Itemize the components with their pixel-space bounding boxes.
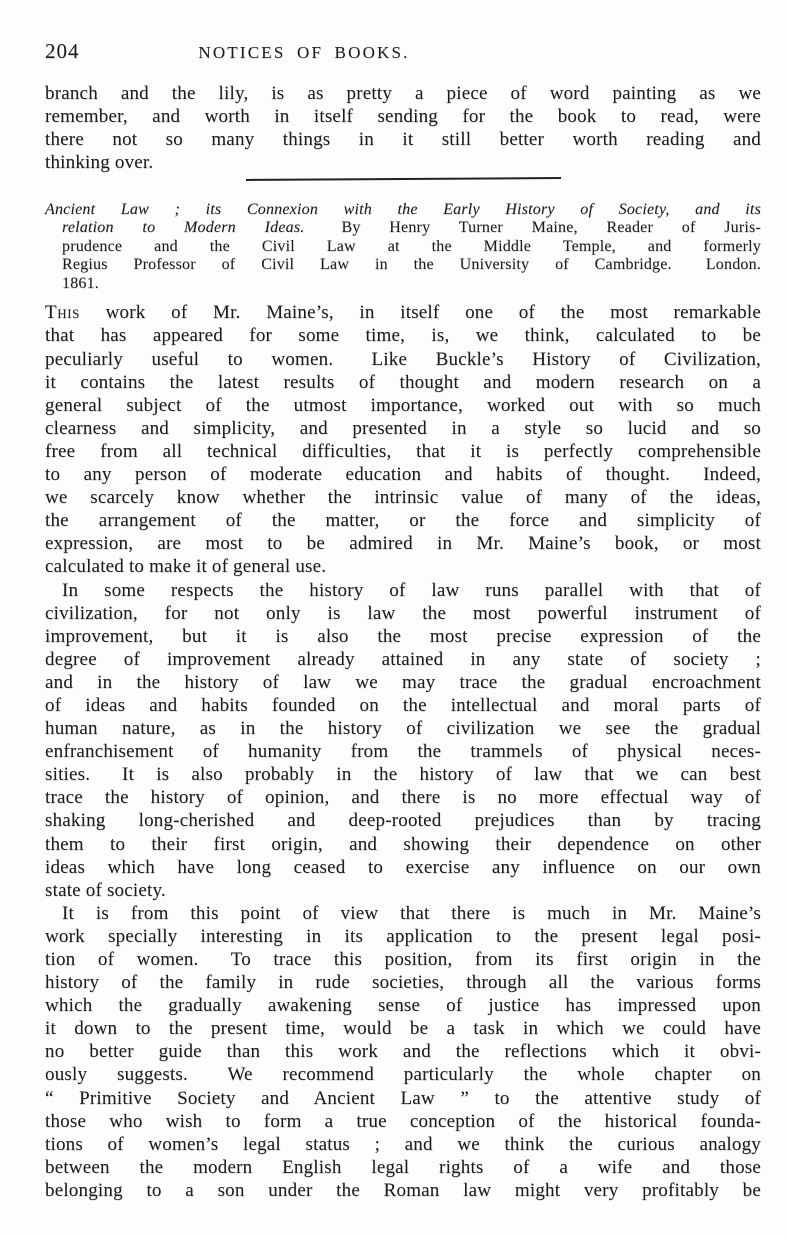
text-segment: belonging to a son under the Roman law m… — [45, 1180, 761, 1201]
page-header: 204 NOTICES OF BOOKS. — [45, 40, 761, 62]
text-line: that has appeared for some time, is, we … — [45, 324, 761, 347]
text-line: there not so many things in it still bet… — [45, 128, 761, 151]
text-segment: between the modern English legal rights … — [45, 1157, 761, 1178]
text-segment: branch and the lily, is as pretty a piec… — [45, 83, 761, 104]
text-segment: trace the history of opinion, and there … — [45, 787, 761, 808]
text-line: which the gradually awakening sense of j… — [45, 994, 761, 1017]
text-line: belonging to a son under the Roman law m… — [45, 1179, 761, 1202]
text-line: “ Primitive Society and Ancient Law ” to… — [45, 1087, 761, 1110]
text-line: It is from this point of view that there… — [45, 902, 761, 925]
text-segment: it contains the latest results of though… — [45, 372, 761, 393]
horizontal-rule — [245, 177, 560, 181]
text-line: them to their first origin, and showing … — [45, 833, 761, 856]
text-line: peculiarly useful to women. Like Buckle’… — [45, 348, 761, 371]
smallcaps-text-segment: This — [45, 302, 80, 323]
text-segment: calculated to make it of general use. — [45, 556, 326, 577]
text-line: This work of Mr. Maine’s, in itself one … — [45, 301, 761, 324]
text-segment: thinking over. — [45, 152, 153, 173]
text-segment: civilization, for not only is law the mo… — [45, 603, 761, 624]
text-segment: It is from this point of view that there… — [62, 903, 761, 924]
text-segment: to any person of moderate education and … — [45, 464, 761, 485]
text-line: free from all technical difficulties, th… — [45, 440, 761, 463]
text-line: work specially interesting in its applic… — [45, 925, 761, 948]
text-segment: work of Mr. Maine’s, in itself one of th… — [80, 302, 761, 323]
text-segment: “ Primitive Society and Ancient Law ” to… — [45, 1088, 761, 1109]
text-segment: enfranchisement of humanity from the tra… — [45, 741, 761, 762]
text-segment: ideas which have long ceased to exercise… — [45, 857, 761, 878]
text-line: it contains the latest results of though… — [45, 371, 761, 394]
text-line: In some respects the history of law runs… — [45, 579, 761, 602]
review-paragraph-2: In some respects the history of law runs… — [45, 579, 761, 902]
text-line: degree of improvement already attained i… — [45, 648, 761, 671]
text-segment: By Henry Turner Maine, Reader of Juris- — [305, 219, 762, 236]
text-segment: state of society. — [45, 880, 166, 901]
text-line: general subject of the utmost importance… — [45, 394, 761, 417]
text-line: tion of women. To trace this position, f… — [45, 948, 761, 971]
text-line: relation to Modern Ideas. By Henry Turne… — [45, 219, 761, 238]
text-line: history of the family in rude societies,… — [45, 971, 761, 994]
text-segment: work specially interesting in its applic… — [45, 926, 761, 947]
text-segment: those who wish to form a true conception… — [45, 1111, 761, 1132]
text-segment: 1861. — [62, 275, 99, 292]
text-segment: clearness and simplicity, and presented … — [45, 418, 761, 439]
text-line: sities. It is also probably in the histo… — [45, 763, 761, 786]
text-line: of ideas and habits founded on the intel… — [45, 694, 761, 717]
text-line: clearness and simplicity, and presented … — [45, 417, 761, 440]
text-line: trace the history of opinion, and there … — [45, 786, 761, 809]
book-page: 204 NOTICES OF BOOKS. branch and the lil… — [0, 0, 788, 1237]
text-segment: shaking long-cherished and deep-rooted p… — [45, 810, 761, 831]
text-segment: In some respects the history of law runs… — [62, 580, 761, 601]
text-segment: general subject of the utmost importance… — [45, 395, 761, 416]
review-paragraph-1: This work of Mr. Maine’s, in itself one … — [45, 301, 761, 578]
text-segment: no better guide than this work and the r… — [45, 1041, 761, 1062]
italic-text-segment: Ancient Law ; its Connexion with the Ear… — [45, 201, 761, 218]
text-line: expression, are most to be admired in Mr… — [45, 532, 761, 555]
text-line: it down to the present time, would be a … — [45, 1017, 761, 1040]
text-line: we scarcely know whether the intrinsic v… — [45, 486, 761, 509]
text-line: remember, and worth in itself sending fo… — [45, 105, 761, 128]
text-line: those who wish to form a true conception… — [45, 1110, 761, 1133]
text-segment: them to their first origin, and showing … — [45, 834, 761, 855]
text-line: Ancient Law ; its Connexion with the Ear… — [45, 201, 761, 220]
review-paragraph-3: It is from this point of view that there… — [45, 902, 761, 1202]
text-line: 1861. — [45, 275, 761, 294]
text-segment: remember, and worth in itself sending fo… — [45, 106, 761, 127]
text-line: ideas which have long ceased to exercise… — [45, 856, 761, 879]
running-head: NOTICES OF BOOKS. — [198, 44, 409, 61]
text-line: prudence and the Civil Law at the Middle… — [45, 238, 761, 257]
text-line: branch and the lily, is as pretty a piec… — [45, 82, 761, 105]
text-line: between the modern English legal rights … — [45, 1156, 761, 1179]
text-line: to any person of moderate education and … — [45, 463, 761, 486]
text-line: Regius Professor of Civil Law in the Uni… — [45, 256, 761, 275]
text-line: shaking long-cherished and deep-rooted p… — [45, 809, 761, 832]
text-line: and in the history of law we may trace t… — [45, 671, 761, 694]
text-segment: that has appeared for some time, is, we … — [45, 325, 761, 346]
text-segment: ously suggests. We recommend particularl… — [45, 1064, 761, 1085]
text-line: enfranchisement of humanity from the tra… — [45, 740, 761, 763]
text-segment: degree of improvement already attained i… — [45, 649, 761, 670]
text-segment: tions of women’s legal status ; and we t… — [45, 1134, 761, 1155]
text-segment: peculiarly useful to women. Like Buckle’… — [45, 349, 761, 370]
text-segment: history of the family in rude societies,… — [45, 972, 761, 993]
text-line: civilization, for not only is law the mo… — [45, 602, 761, 625]
text-line: human nature, as in the history of civil… — [45, 717, 761, 740]
text-segment: free from all technical difficulties, th… — [45, 441, 761, 462]
text-line: tions of women’s legal status ; and we t… — [45, 1133, 761, 1156]
text-segment: the arrangement of the matter, or the fo… — [45, 510, 761, 531]
text-segment: of ideas and habits founded on the intel… — [45, 695, 761, 716]
text-segment: human nature, as in the history of civil… — [45, 718, 761, 739]
text-segment: prudence and the Civil Law at the Middle… — [62, 238, 761, 255]
text-line: the arrangement of the matter, or the fo… — [45, 509, 761, 532]
text-line: no better guide than this work and the r… — [45, 1040, 761, 1063]
text-line: calculated to make it of general use. — [45, 555, 761, 578]
text-segment: expression, are most to be admired in Mr… — [45, 533, 761, 554]
italic-text-segment: relation to Modern Ideas. — [62, 219, 305, 236]
text-segment: sities. It is also probably in the histo… — [45, 764, 761, 785]
text-segment: improvement, but it is also the most pre… — [45, 626, 761, 647]
text-segment: we scarcely know whether the intrinsic v… — [45, 487, 761, 508]
text-line: thinking over. — [45, 151, 761, 174]
continuation-paragraph: branch and the lily, is as pretty a piec… — [45, 82, 761, 174]
text-segment: Regius Professor of Civil Law in the Uni… — [62, 256, 761, 273]
book-citation: Ancient Law ; its Connexion with the Ear… — [45, 201, 761, 294]
text-line: improvement, but it is also the most pre… — [45, 625, 761, 648]
page-number: 204 — [45, 39, 80, 63]
text-segment: tion of women. To trace this position, f… — [45, 949, 761, 970]
text-segment: it down to the present time, would be a … — [45, 1018, 761, 1039]
text-line: ously suggests. We recommend particularl… — [45, 1063, 761, 1086]
section-divider — [45, 178, 761, 181]
text-segment: which the gradually awakening sense of j… — [45, 995, 761, 1016]
text-segment: and in the history of law we may trace t… — [45, 672, 761, 693]
text-line: state of society. — [45, 879, 761, 902]
text-segment: there not so many things in it still bet… — [45, 129, 761, 150]
